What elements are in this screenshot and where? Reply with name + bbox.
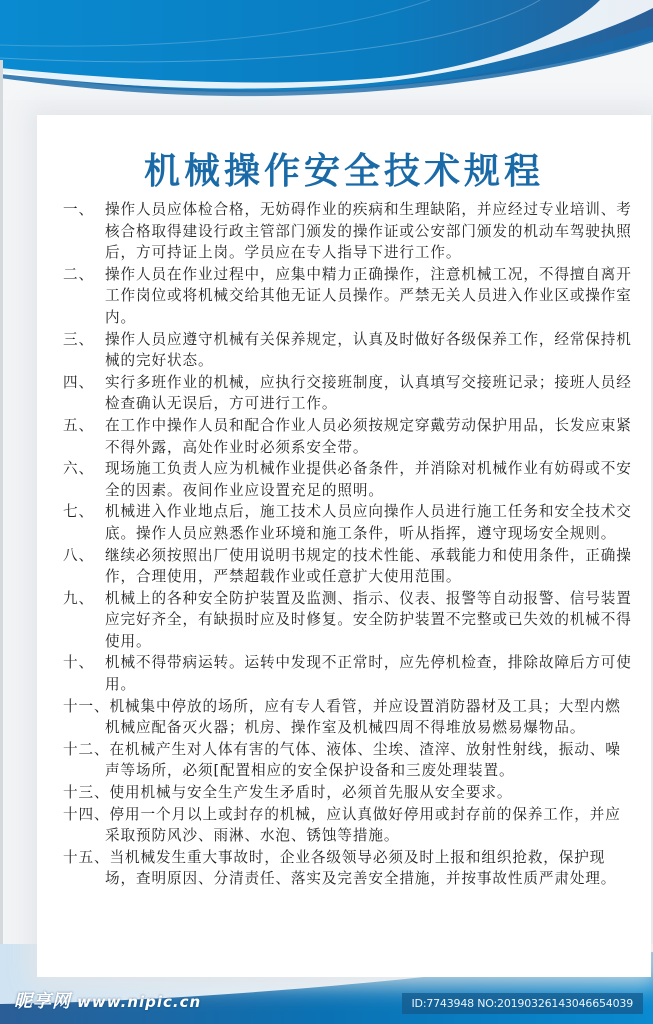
rule-number: 十五、	[63, 849, 109, 866]
rule-text: 操作人员在作业过程中，应集中精力正确操作，注意机械工况，不得擅自离开工作岗位或将…	[105, 264, 635, 329]
rule-text: 在工作中操作人员和配合作业人员必须按规定穿戴劳动保护用品，长发应束紧不得外露，高…	[105, 415, 635, 458]
rule-item-9: 九、机械上的各种安全防护装置及监测、指示、仪表、报警等自动报警、信号装置应完好齐…	[63, 588, 635, 653]
rule-item-6: 六、现场施工负责人应为机械作业提供必备条件，并消除对机械作业有妨碍或不安全的因素…	[63, 458, 635, 501]
rule-text: 停用一个月以上或封存的机械，应认真做好停用或封存前的保养工作，并应采取预防风沙、…	[105, 806, 621, 845]
rule-number: 十、	[63, 652, 105, 695]
rule-text: 操作人员应遵守机械有关保养规定，认真及时做好各级保养工作，经常保持机械的完好状态…	[105, 329, 635, 372]
rule-item-1: 一、操作人员应体检合格，无妨碍作业的疾病和生理缺陷，并应经过专业培训、考核合格取…	[63, 199, 635, 264]
rule-number: 十一、	[63, 698, 109, 715]
rule-text: 机械不得带病运转。运转中发现不正常时，应先停机检查，排除故障后方可使用。	[105, 652, 635, 695]
rule-text: 机械上的各种安全防护装置及监测、指示、仪表、报警等自动报警、信号装置应完好齐全，…	[105, 588, 635, 653]
rule-number: 十三、	[63, 784, 109, 801]
rule-item-7: 七、机械进入作业地点后，施工技术人员应向操作人员进行施工任务和安全技术交底。操作…	[63, 501, 635, 544]
rule-text: 使用机械与安全生产发生矛盾时，必须首先服从安全要求。	[109, 784, 512, 801]
rule-item-11: 十一、机械集中停放的场所，应有专人看管，并应设置消防器材及工具；大型内燃机械应配…	[63, 696, 635, 739]
rule-text: 在机械产生对人体有害的气体、液体、尘埃、渣滓、放射性射线，振动、噪声等场所，必须…	[105, 741, 621, 780]
rule-number: 五、	[63, 415, 105, 458]
top-wave-decoration	[0, 0, 653, 100]
rule-text: 机械集中停放的场所，应有专人看管，并应设置消防器材及工具；大型内燃机械应配备灭火…	[105, 698, 621, 737]
rule-text: 继续必须按照出厂使用说明书规定的技术性能、承载能力和使用条件，正确操作，合理使用…	[105, 545, 635, 588]
document-card: 机械操作安全技术规程 一、操作人员应体检合格，无妨碍作业的疾病和生理缺陷，并应经…	[37, 115, 651, 977]
rule-number: 八、	[63, 545, 105, 588]
watermark-id: ID:7743948 NO:20190326143046654039	[402, 993, 643, 1014]
rule-text: 实行多班作业的机械，应执行交接班制度，认真填写交接班记录；接班人员经检查确认无误…	[105, 372, 635, 415]
rule-number: 十四、	[63, 806, 109, 823]
watermark-logo: 昵享网www.nipic.cn	[14, 987, 201, 1013]
rule-number: 十二、	[63, 741, 109, 758]
watermark-url: www.nipic.cn	[77, 993, 201, 1011]
rule-text: 现场施工负责人应为机械作业提供必备条件，并消除对机械作业有妨碍或不安全的因素。夜…	[105, 458, 635, 501]
left-edge-shade	[0, 60, 3, 960]
rules-list: 一、操作人员应体检合格，无妨碍作业的疾病和生理缺陷，并应经过专业培训、考核合格取…	[63, 199, 635, 890]
rule-number: 三、	[63, 329, 105, 372]
rule-number: 四、	[63, 372, 105, 415]
document-title: 机械操作安全技术规程	[37, 143, 651, 194]
rule-number: 九、	[63, 588, 105, 653]
rule-item-8: 八、继续必须按照出厂使用说明书规定的技术性能、承载能力和使用条件，正确操作，合理…	[63, 545, 635, 588]
rule-number: 七、	[63, 501, 105, 544]
rule-number: 六、	[63, 458, 105, 501]
rule-item-4: 四、实行多班作业的机械，应执行交接班制度，认真填写交接班记录；接班人员经检查确认…	[63, 372, 635, 415]
rule-item-14: 十四、停用一个月以上或封存的机械，应认真做好停用或封存前的保养工作，并应采取预防…	[63, 804, 635, 847]
rule-item-5: 五、在工作中操作人员和配合作业人员必须按规定穿戴劳动保护用品，长发应束紧不得外露…	[63, 415, 635, 458]
rule-item-15: 十五、当机械发生重大事故时，企业各级领导必须及时上报和组织抢救，保护现场，查明原…	[63, 847, 635, 890]
rule-text: 操作人员应体检合格，无妨碍作业的疾病和生理缺陷，并应经过专业培训、考核合格取得建…	[105, 199, 635, 264]
rule-item-2: 二、操作人员在作业过程中，应集中精力正确操作，注意机械工况，不得擅自离开工作岗位…	[63, 264, 635, 329]
rule-item-10: 十、机械不得带病运转。运转中发现不正常时，应先停机检查，排除故障后方可使用。	[63, 652, 635, 695]
rule-number: 二、	[63, 264, 105, 329]
rule-text: 机械进入作业地点后，施工技术人员应向操作人员进行施工任务和安全技术交底。操作人员…	[105, 501, 635, 544]
rule-text: 当机械发生重大事故时，企业各级领导必须及时上报和组织抢救，保护现场，查明原因、分…	[105, 849, 616, 888]
rule-number: 一、	[63, 199, 105, 264]
rule-item-3: 三、操作人员应遵守机械有关保养规定，认真及时做好各级保养工作，经常保持机械的完好…	[63, 329, 635, 372]
watermark-logo-text: 昵享网	[14, 991, 71, 1012]
rule-item-13: 十三、使用机械与安全生产发生矛盾时，必须首先服从安全要求。	[63, 782, 635, 804]
rule-item-12: 十二、在机械产生对人体有害的气体、液体、尘埃、渣滓、放射性射线，振动、噪声等场所…	[63, 739, 635, 782]
